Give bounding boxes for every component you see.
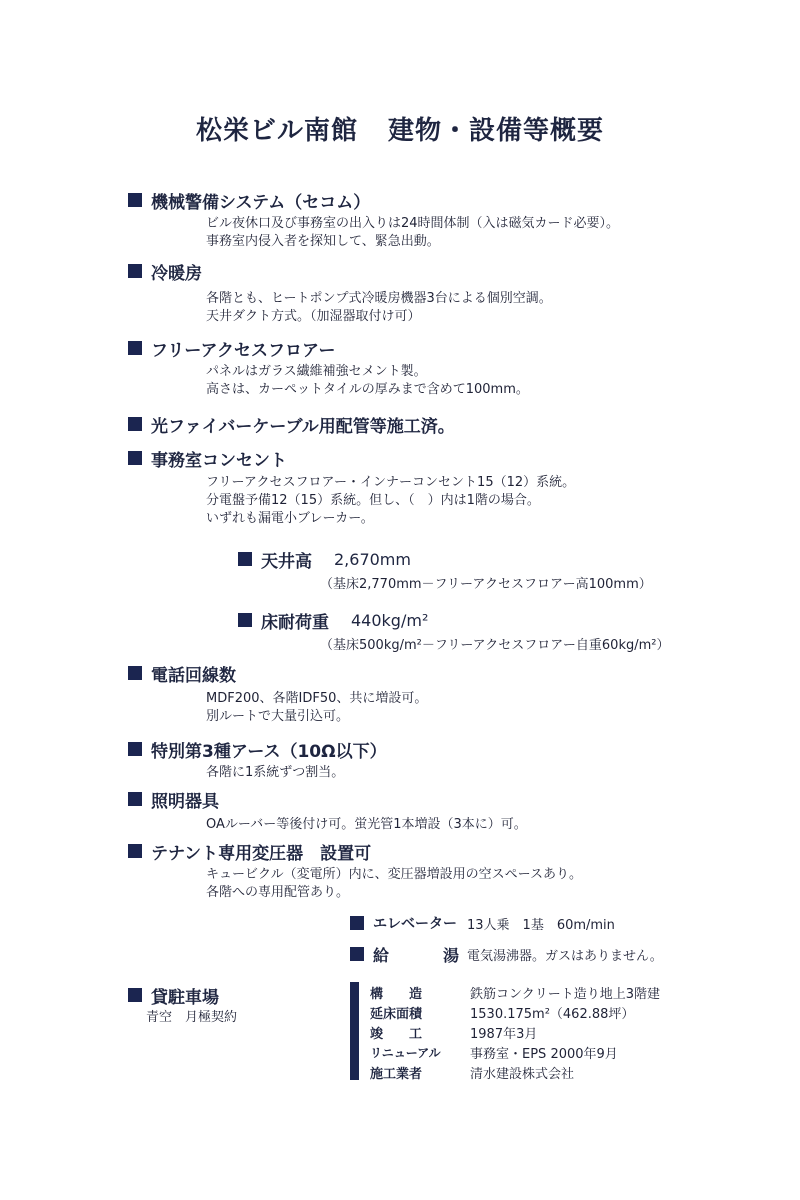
elevator-value: 13人乗 1基 60m/min [467,914,615,933]
spec-key: リニューアル [370,1044,458,1061]
bullet-square-icon [128,417,142,431]
section-heading: 電話回線数 [151,661,236,686]
hot-water-label-b: 湯 [443,943,459,966]
section-floor-load: 床耐荷重440kg/m² （基床500kg/m²－フリーアクセスフロアー自重60… [238,608,669,653]
spec-value: 清水建設株式会社 [470,1063,574,1082]
hot-water-row: 給湯電気湯沸器。ガスはありません。 [350,943,663,965]
bullet-square-icon [128,988,142,1002]
section-line: キュービクル（変電所）内に、変圧器増設用の空スペースあり。 [206,866,582,884]
bullet-square-icon [128,742,142,756]
building-name: 松栄ビル南館 [196,116,358,146]
bullet-square-icon [238,613,252,627]
spec-value: 鉄筋コンクリート造り地上3階建 [470,983,660,1002]
building-spec-table: 構 造鉄筋コンクリート造り地上3階建 延床面積1530.175m²（462.88… [350,982,660,1082]
section-line: いずれも漏電小ブレーカー。 [206,510,575,528]
spec-key: 構 造 [370,983,458,1002]
title-subject: 建物・設備等概要 [388,116,604,146]
spec-value: 1987年3月 [470,1023,537,1042]
spec-key: 竣 工 [370,1023,458,1042]
section-heading: 照明器具 [151,787,219,812]
spec-key: 施工業者 [370,1063,458,1082]
bullet-square-icon [128,264,142,278]
floor-load-value: 440kg/m² [351,611,428,630]
spec-key: 延床面積 [370,1003,458,1022]
section-phone-lines: 電話回線数 MDF200、各階IDF50、共に増設可。 別ルートで大量引込可。 [128,661,427,726]
section-lighting: 照明器具 OAルーバー等後付け可。蛍光管1本増設（3本に）可。 [128,787,527,834]
section-line: 各階に1系統ずつ割当。 [206,764,387,782]
hot-water-value: 電気湯沸器。ガスはありません。 [467,945,663,964]
spec-row: 延床面積1530.175m²（462.88坪） [370,1002,660,1022]
bullet-square-icon [238,552,252,566]
ceiling-note: （基床2,770mm－フリーアクセスフロアー高100mm） [320,573,652,592]
section-line: 天井ダクト方式。（加湿器取付け可） [206,308,552,326]
section-line: フリーアクセスフロアー・インナーコンセント15（12）系統。 [206,474,575,492]
section-heading: 冷暖房 [151,259,202,284]
section-outlets: 事務室コンセント フリーアクセスフロアー・インナーコンセント15（12）系統。 … [128,446,575,528]
section-security: 機械警備システム（セコム） ビル夜休口及び事務室の出入りは24時間体制（入は磁気… [128,188,619,251]
section-line: 各階とも、ヒートポンプ式冷暖房機器3台による個別空調。 [206,290,552,308]
bullet-square-icon [128,844,142,858]
spec-value: 事務室・EPS 2000年9月 [470,1043,618,1062]
bullet-square-icon [128,792,142,806]
section-line: ビル夜休口及び事務室の出入りは24時間体制（入は磁気カード必要）。 [206,215,619,233]
spec-accent-bar [350,982,359,1080]
spec-row: 施工業者清水建設株式会社 [370,1062,660,1082]
section-heading: 床耐荷重 [261,608,329,633]
section-heading: 特別第3種アース（10Ω以下） [151,737,387,762]
section-line: パネルはガラス繊維補強セメント製。 [206,363,529,381]
bullet-square-icon [350,916,364,930]
section-heading: テナント専用変圧器 設置可 [151,839,371,864]
spec-value: 1530.175m²（462.88坪） [470,1003,634,1022]
section-transformer: テナント専用変圧器 設置可 キュービクル（変電所）内に、変圧器増設用の空スペース… [128,839,582,902]
elevator-label: エレベーター [373,913,459,933]
section-grounding: 特別第3種アース（10Ω以下） 各階に1系統ずつ割当。 [128,737,387,782]
section-heading: 事務室コンセント [151,446,287,471]
bullet-square-icon [128,451,142,465]
parking-line: 青空 月極契約 [146,1009,237,1027]
section-free-access-floor: フリーアクセスフロアー パネルはガラス繊維補強セメント製。 高さは、カーペットタ… [128,336,529,399]
section-heading: 機械警備システム（セコム） [151,188,370,213]
page-title: 松栄ビル南館建物・設備等概要 [0,110,800,147]
section-hvac: 冷暖房 各階とも、ヒートポンプ式冷暖房機器3台による個別空調。 天井ダクト方式。… [128,259,552,326]
section-parking: 貸駐車場 青空 月極契約 [128,983,237,1027]
section-line: 事務室内侵入者を探知して、緊急出動。 [206,233,619,251]
section-line: 別ルートで大量引込可。 [206,708,427,726]
elevator-row: エレベーター13人乗 1基 60m/min [350,912,615,934]
section-heading: 光ファイバーケーブル用配管等施工済。 [151,412,455,437]
ceiling-value: 2,670mm [334,550,411,569]
floor-load-note: （基床500kg/m²－フリーアクセスフロアー自重60kg/m²） [320,634,669,653]
section-line: MDF200、各階IDF50、共に増設可。 [206,690,427,708]
section-heading: フリーアクセスフロアー [151,336,335,361]
spec-row: 竣 工1987年3月 [370,1022,660,1042]
hot-water-label-a: 給 [373,943,389,966]
section-fiber: 光ファイバーケーブル用配管等施工済。 [128,412,455,436]
bullet-square-icon [350,947,364,961]
spec-row: リニューアル事務室・EPS 2000年9月 [370,1042,660,1062]
section-line: 分電盤予備12（15）系統。但し、（ ）内は1階の場合。 [206,492,575,510]
section-line: 高さは、カーペットタイルの厚みまで含めて100mm。 [206,381,529,399]
spec-row: 構 造鉄筋コンクリート造り地上3階建 [370,982,660,1002]
bullet-square-icon [128,341,142,355]
bullet-square-icon [128,666,142,680]
section-line: OAルーバー等後付け可。蛍光管1本増設（3本に）可。 [206,816,527,834]
bullet-square-icon [128,193,142,207]
section-ceiling-height: 天井高2,670mm （基床2,770mm－フリーアクセスフロアー高100mm） [238,547,652,592]
section-line: 各階への専用配管あり。 [206,884,582,902]
section-heading: 貸駐車場 [151,983,219,1008]
section-heading: 天井高 [261,547,312,572]
